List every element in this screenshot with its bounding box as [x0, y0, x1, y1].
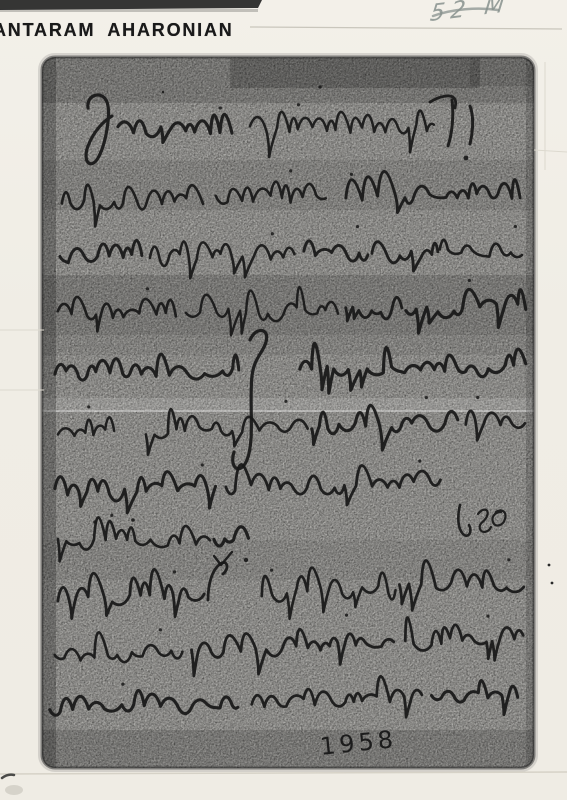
- ink-dot: [244, 558, 248, 562]
- smudge-mark: [5, 785, 23, 795]
- letter-card: [40, 55, 536, 770]
- ink-dot: [93, 520, 97, 524]
- scan-edge-band: [0, 0, 262, 10]
- ink-dot: [131, 518, 135, 522]
- ink-dot: [162, 91, 165, 94]
- letter-scan: 1958: [0, 0, 567, 800]
- page-title: ANTARAM AHARONIAN: [0, 20, 234, 41]
- scanned-letter-page: 1958 ANTARAM AHARONIAN 52 M: [0, 0, 567, 800]
- ink-dot: [318, 85, 321, 88]
- ink-dot: [464, 156, 469, 161]
- pencil-dash: [2, 775, 14, 778]
- paper-crease: [0, 772, 567, 774]
